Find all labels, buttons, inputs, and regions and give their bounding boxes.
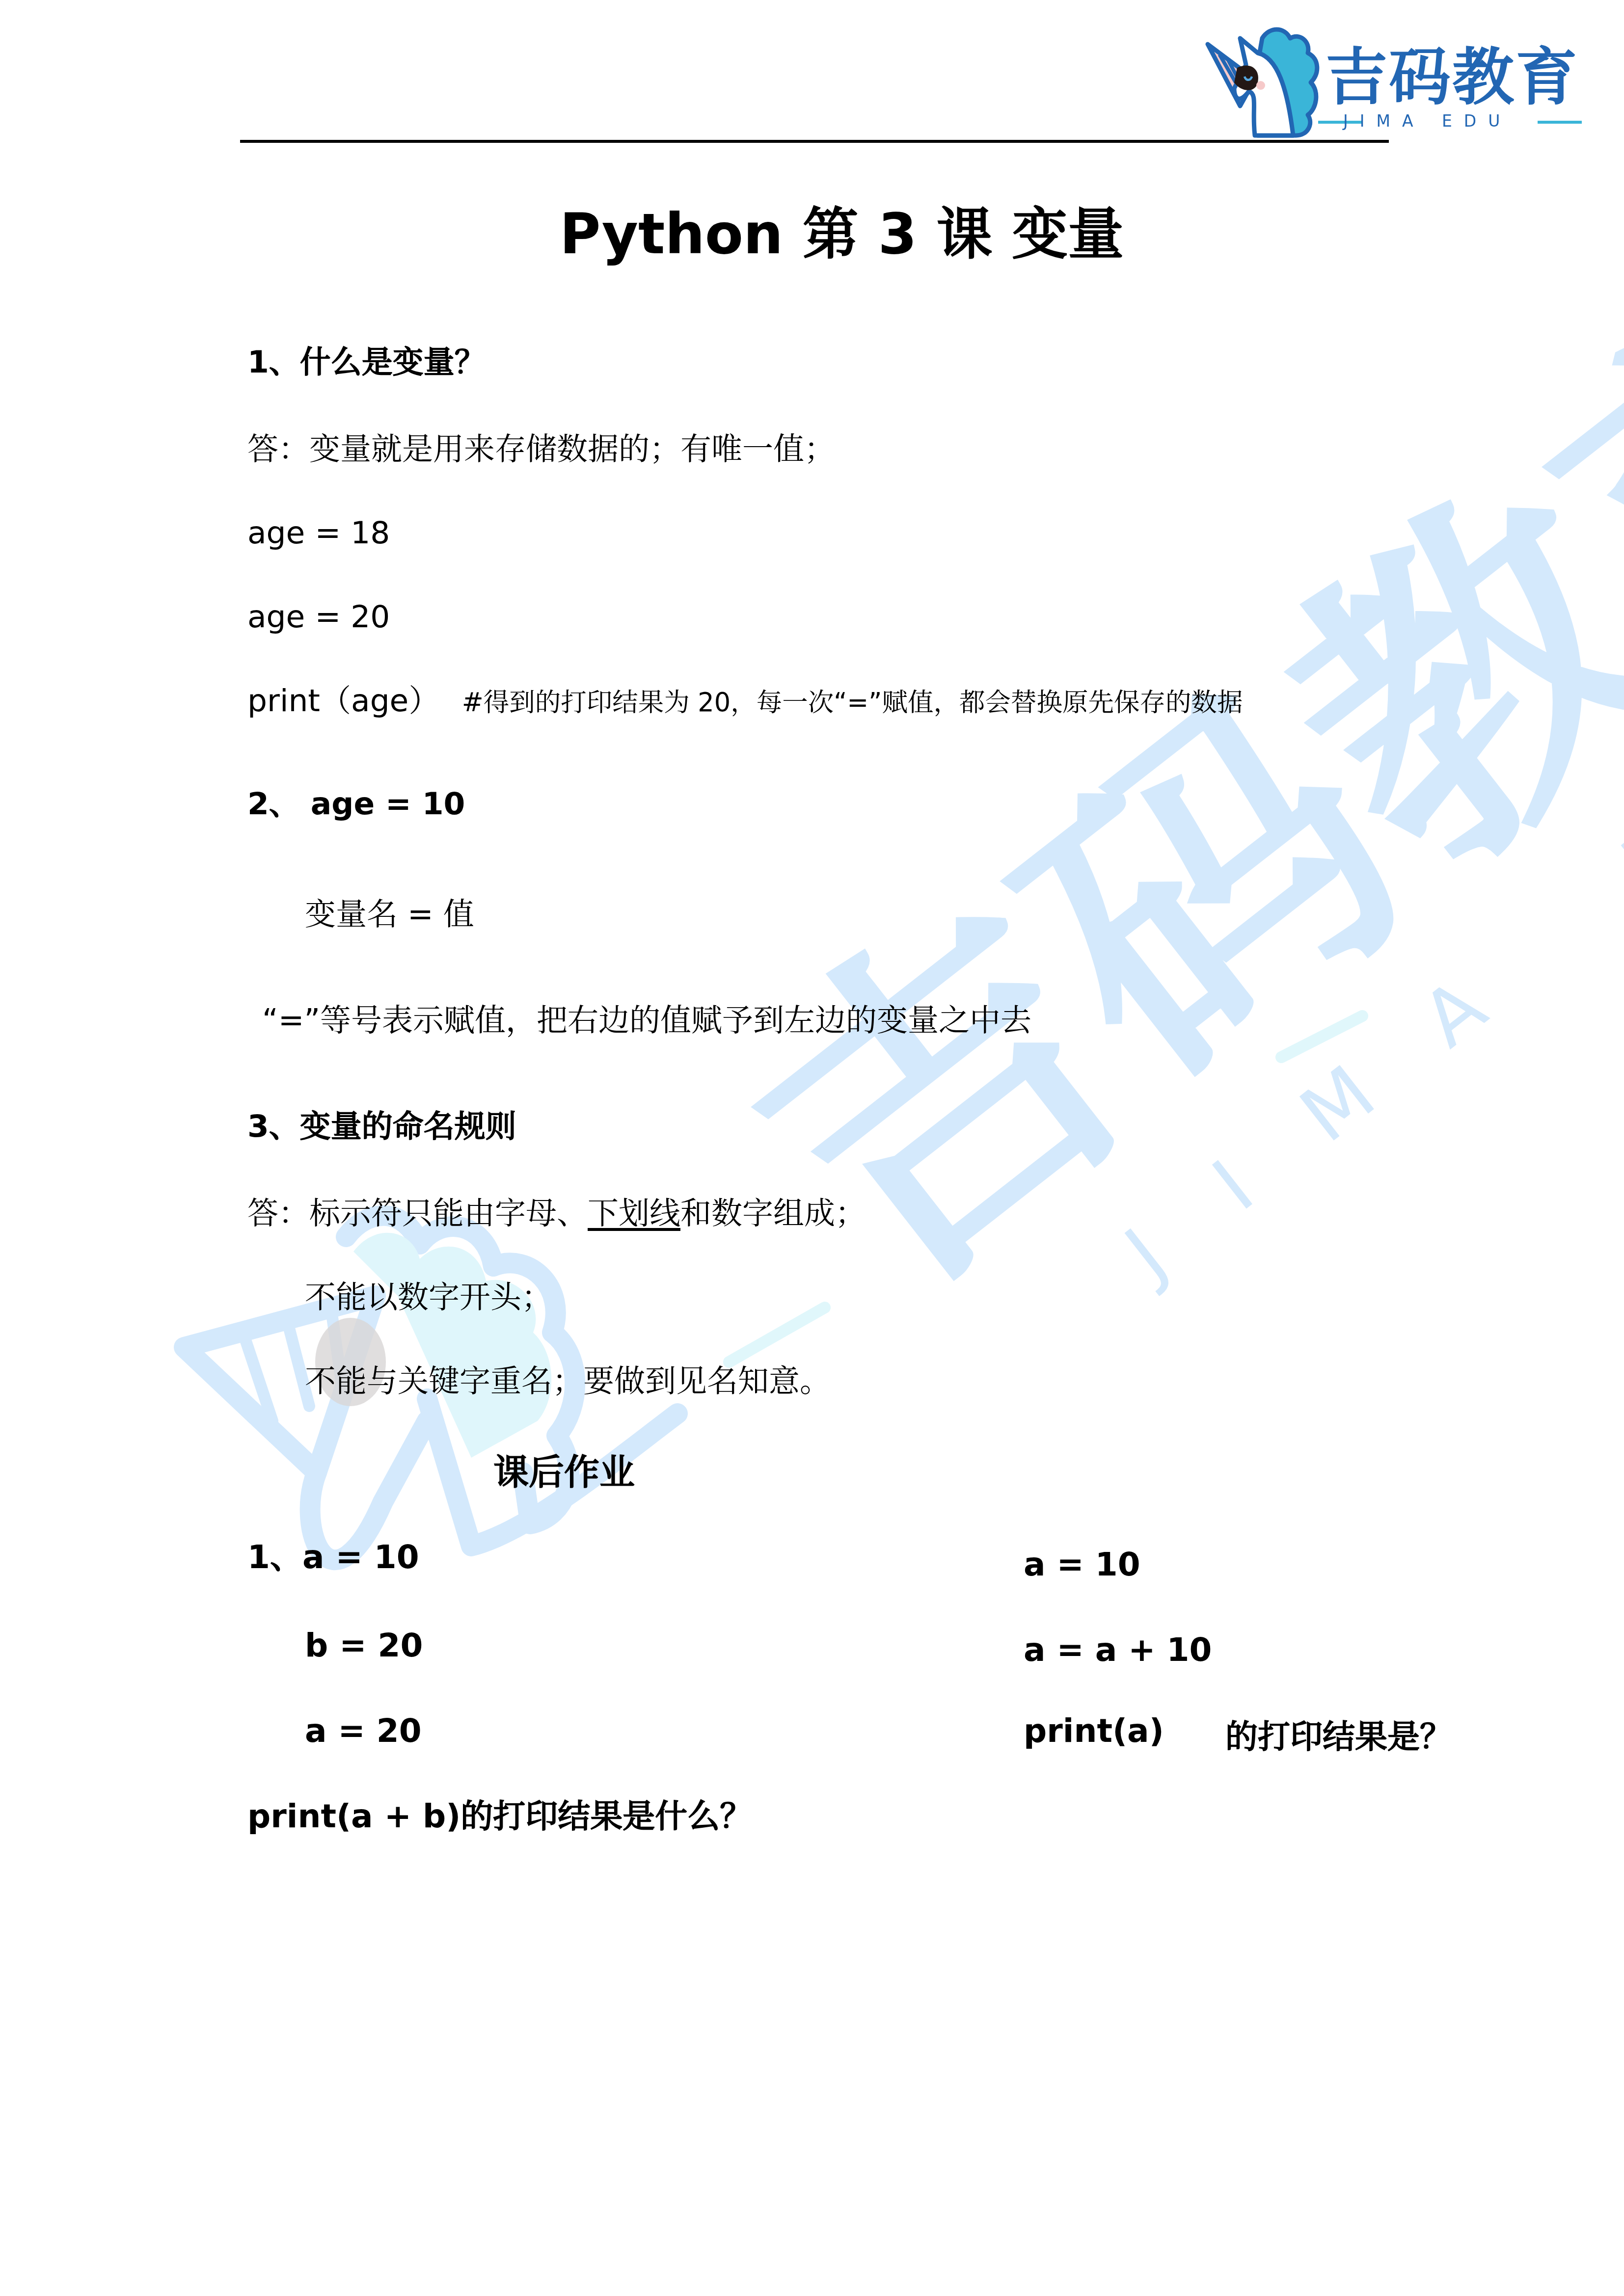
naming-rule-2: 不能以数字开头； xyxy=(305,1282,552,1313)
hw2-line-2: a = a + 10 xyxy=(1024,1636,1212,1668)
homework-title: 课后作业 xyxy=(493,1455,635,1490)
naming-rule-1-prefix: 答：标示符只能由字母、 xyxy=(247,1196,588,1231)
print-code: print（age） xyxy=(247,683,439,719)
svg-text:JIMA EDU: JIMA EDU xyxy=(1106,574,1624,1299)
assignment-formula: 变量名 = 值 xyxy=(305,900,474,931)
document-page: 吉码教育 JIMA EDU 吉码教育 JIMA EDU Python 第 3 课… xyxy=(0,0,1624,2296)
naming-rule-1: 答：标示符只能由字母、下划线和数字组成； xyxy=(247,1199,866,1229)
header-rule xyxy=(240,140,1389,143)
print-line: print（age） #得到的打印结果为 20，每一次“=”赋值，都会替换原先保… xyxy=(247,686,1243,718)
section2-heading: 2、 age = 10 xyxy=(247,789,465,820)
watermark-unicorn-icon: 吉码教育 JIMA EDU xyxy=(0,0,1624,2296)
logo-subtitle: JIMA EDU xyxy=(1343,112,1512,131)
brand-logo: 吉码教育 JIMA EDU xyxy=(1196,21,1594,141)
section3-heading: 3、变量的命名规则 xyxy=(247,1112,516,1143)
print-comment: #得到的打印结果为 20，每一次“=”赋值，都会替换原先保存的数据 xyxy=(462,689,1243,719)
hw1-line-3: a = 20 xyxy=(305,1717,422,1749)
hw1-question: print(a + b)的打印结果是什么？ xyxy=(247,1802,752,1835)
naming-rule-1-suffix: 和数字组成； xyxy=(680,1196,866,1231)
hw2-line-3: print(a) xyxy=(1024,1717,1164,1749)
section1-heading: 1、什么是变量？ xyxy=(247,347,486,378)
svg-text:吉码教育: 吉码教育 xyxy=(690,214,1624,1359)
section1-answer: 答：变量就是用来存储数据的；有唯一值； xyxy=(247,434,835,465)
hw1-line-1: 1、a = 10 xyxy=(247,1543,419,1575)
assignment-explanation: “=”等号表示赋值，把右边的值赋予到左边的变量之中去 xyxy=(262,1006,1031,1037)
unicorn-logo-icon xyxy=(1196,21,1328,141)
hw1-line-2: b = 20 xyxy=(305,1631,423,1664)
code-line-age-20: age = 20 xyxy=(247,602,390,633)
logo-name: 吉码教育 xyxy=(1326,29,1579,118)
logo-divider-right xyxy=(1538,121,1582,124)
underlined-term: 下划线 xyxy=(588,1196,680,1231)
hw2-question: 的打印结果是？ xyxy=(1225,1723,1452,1755)
code-line-age-18: age = 18 xyxy=(247,518,390,549)
naming-rule-3: 不能与关键字重名；要做到见名知意。 xyxy=(305,1366,831,1397)
page-title: Python 第 3 课 变量 xyxy=(560,206,1124,262)
hw2-line-1: a = 10 xyxy=(1024,1550,1140,1583)
